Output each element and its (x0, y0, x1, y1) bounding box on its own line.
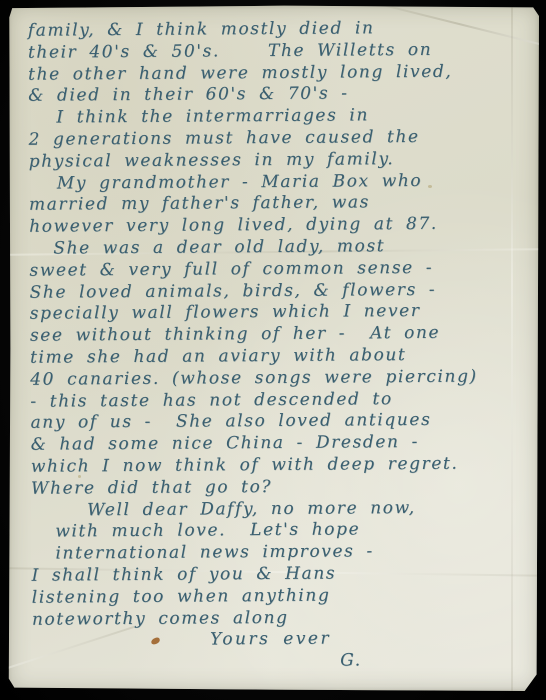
letter-paper: family, & I think mostly died in their 4… (8, 5, 539, 691)
letter-text: family, & I think mostly died in their 4… (6, 17, 542, 675)
letter-signature: G. (10, 649, 541, 675)
letter-line: 40 canaries. (whose songs were piercing) (8, 366, 539, 392)
letter-photograph: family, & I think mostly died in their 4… (0, 0, 546, 700)
